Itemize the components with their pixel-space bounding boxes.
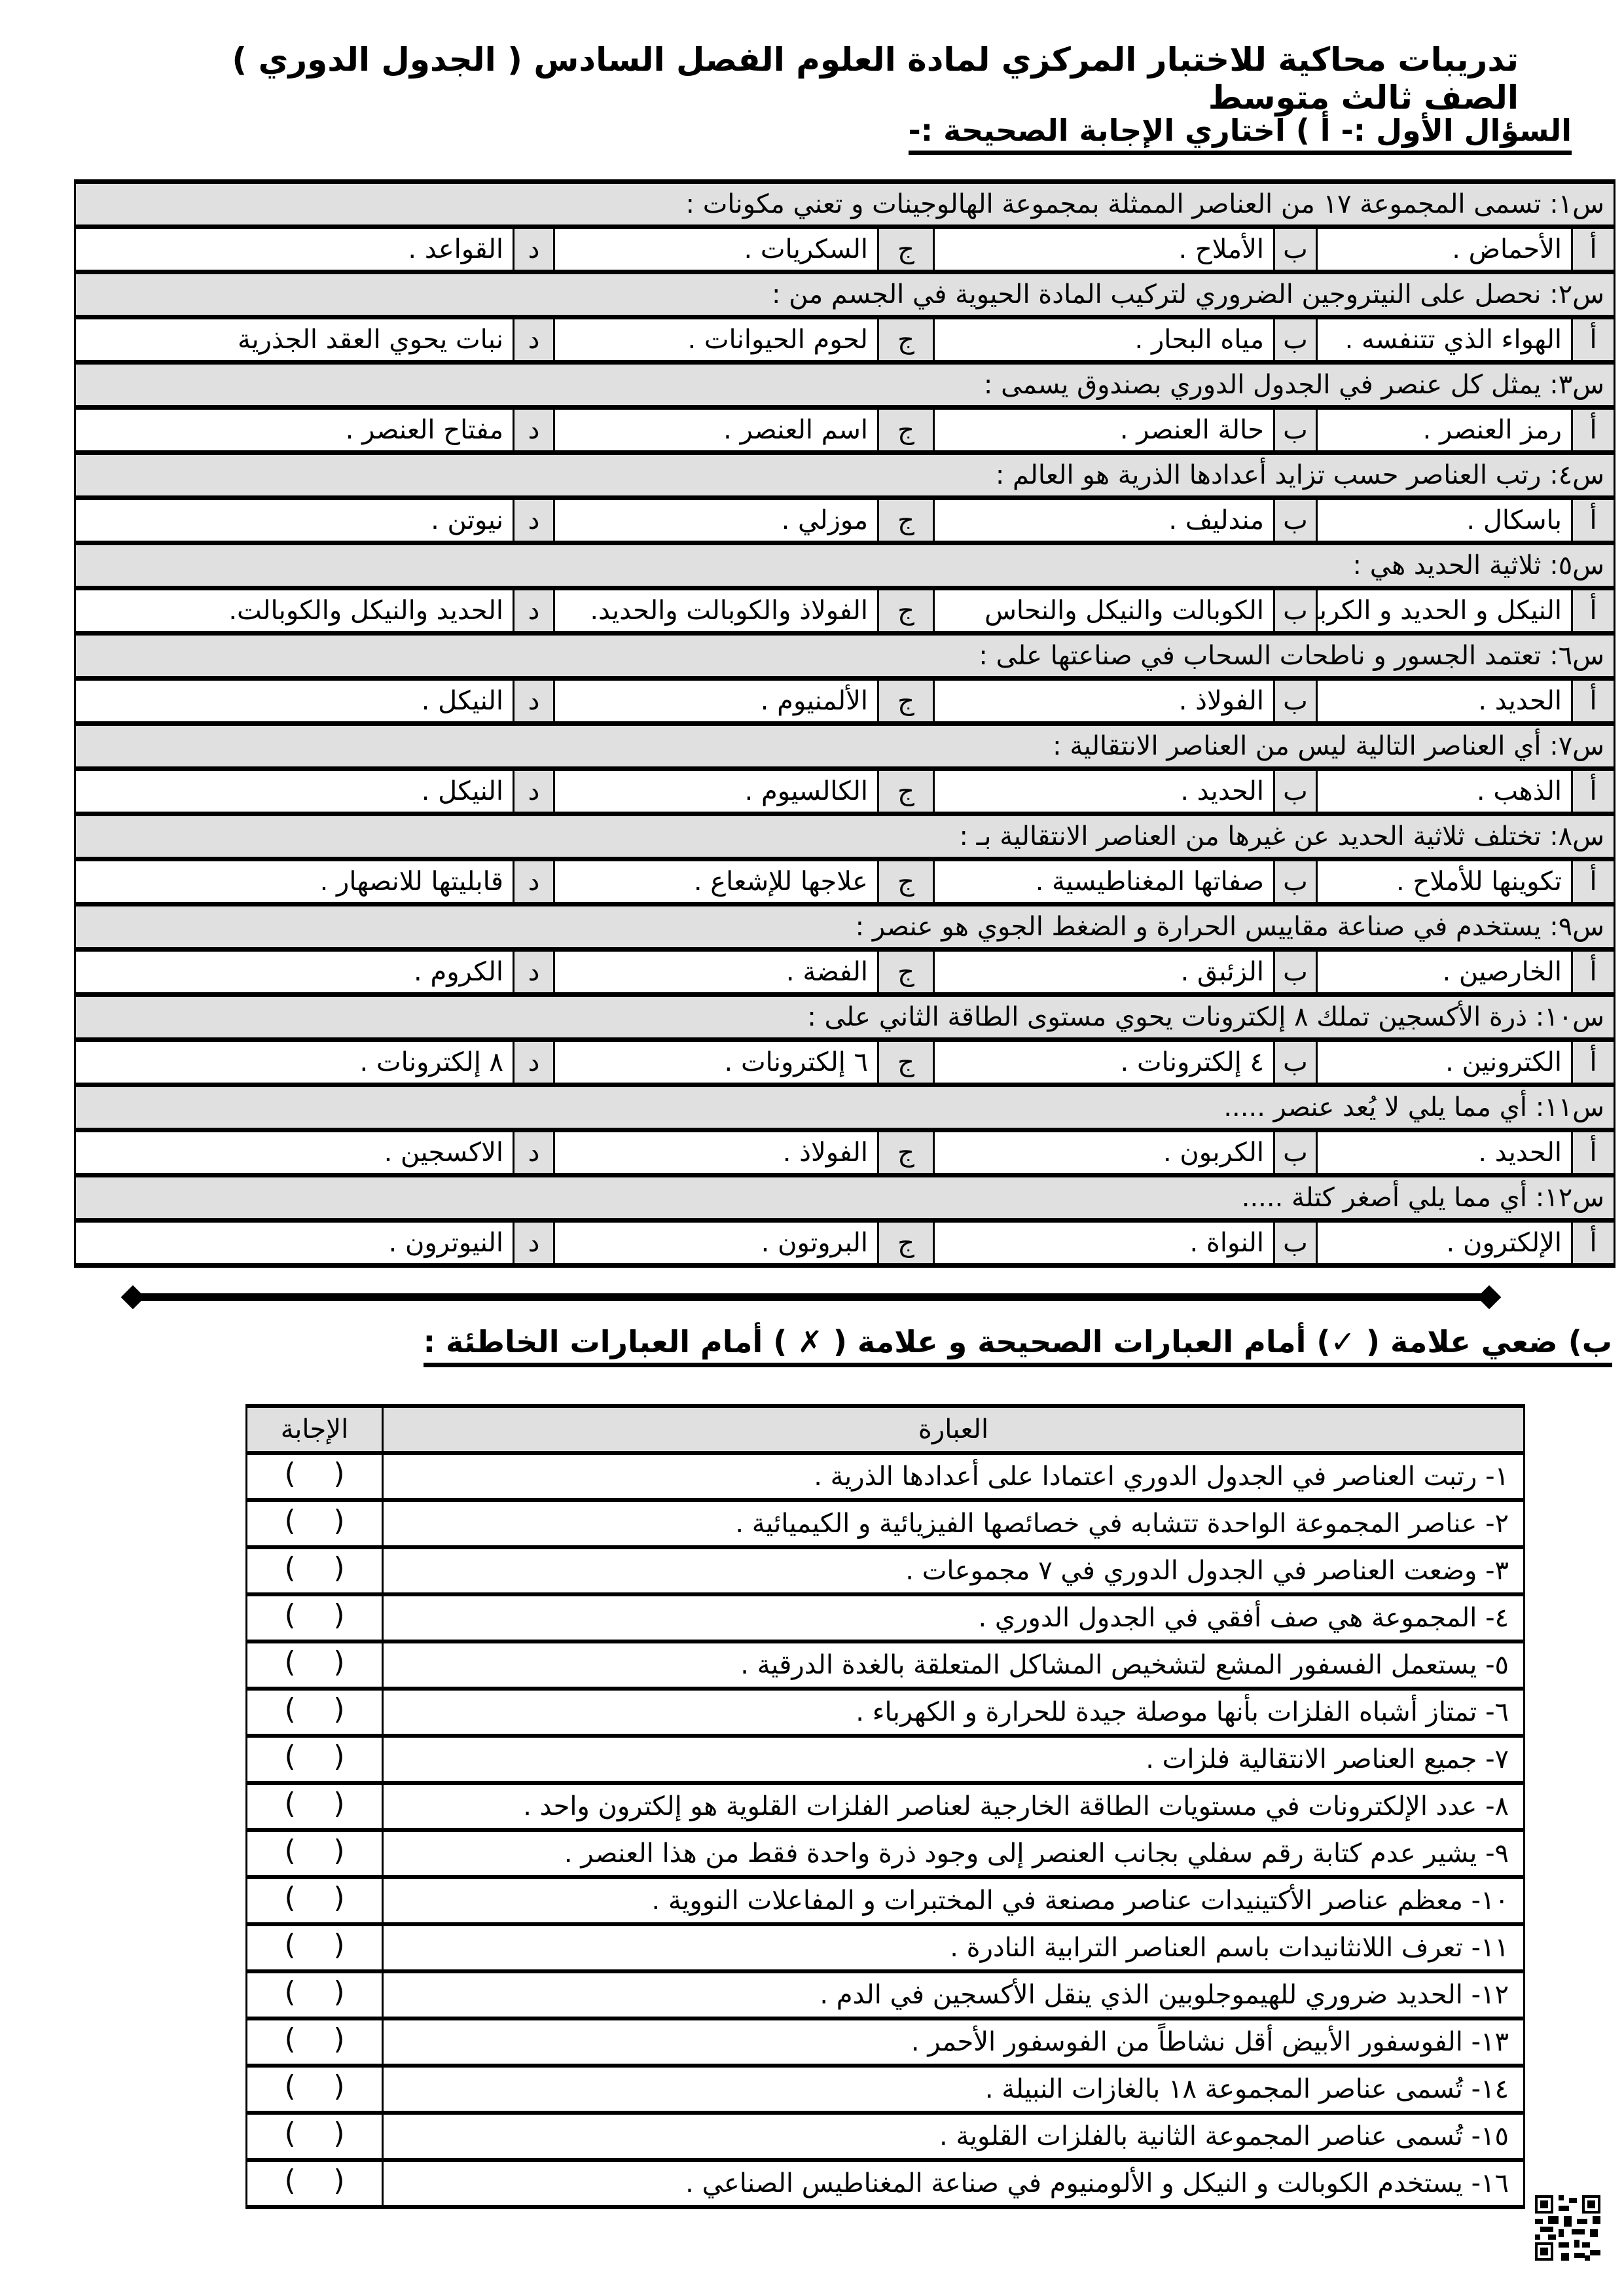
answer-parentheses: () — [276, 1693, 354, 1726]
option-letter-a: أ — [1572, 1130, 1615, 1175]
option-letter-b: ب — [1274, 1221, 1317, 1266]
option-letter-a: أ — [1572, 317, 1615, 363]
close-paren: ) — [333, 1928, 344, 1962]
option-b[interactable]: صفاتها المغناطيسية . — [934, 859, 1274, 905]
question-text: س٣: يمثل كل عنصر في الجدول الدوري بصندوق… — [75, 363, 1615, 408]
divider-right-diamond-icon — [1477, 1285, 1502, 1310]
open-paren: ( — [285, 1975, 296, 2009]
statement-row: ٥- يستعمل الفسفور المشع لتشخيص المشاكل ا… — [247, 1641, 1525, 1689]
option-b[interactable]: الكوبالت والنيكل والنحاس — [934, 588, 1274, 634]
answer-parentheses: () — [276, 1551, 354, 1585]
statement-row: ٦- تمتاز أشباه الفلزات بأنها موصلة جيدة … — [247, 1689, 1525, 1736]
page-title: تدريبات محاكية للاختبار المركزي لمادة ال… — [196, 41, 1519, 117]
option-c[interactable]: اسم العنصر . — [554, 408, 878, 453]
open-paren: ( — [285, 1834, 296, 1867]
open-paren: ( — [285, 1457, 296, 1490]
option-a[interactable]: تكوينها للأملاح . — [1317, 859, 1572, 905]
option-c[interactable]: علاجها للإشعاع . — [554, 859, 878, 905]
options-row: أالأحماض .بالأملاح .جالسكريات .دالقواعد … — [75, 227, 1615, 272]
question-row: س٣: يمثل كل عنصر في الجدول الدوري بصندوق… — [75, 363, 1615, 408]
option-letter-d: د — [514, 1130, 554, 1175]
option-letter-a: أ — [1572, 408, 1615, 453]
statement-text: ١- رتبت العناصر في الجدول الدوري اعتمادا… — [383, 1453, 1525, 1500]
question-row: س١٢: أي مما يلي أصغر كتلة ..... — [75, 1175, 1615, 1221]
option-d[interactable]: النيكل . — [75, 679, 514, 724]
option-letter-b: ب — [1274, 588, 1317, 634]
option-letter-c: ج — [878, 769, 934, 814]
statement-text: ٧- جميع العناصر الانتقالية فلزات . — [383, 1736, 1525, 1783]
question-row: س٧: أي العناصر التالية ليس من العناصر ال… — [75, 724, 1615, 769]
option-letter-c: ج — [878, 1040, 934, 1085]
statement-row: ١١- تعرف اللانثانيدات باسم العناصر الترا… — [247, 1924, 1525, 1971]
option-letter-b: ب — [1274, 317, 1317, 363]
option-letter-a: أ — [1572, 498, 1615, 543]
answer-parentheses: () — [276, 2117, 354, 2150]
options-row: أالذهب .بالحديد .جالكالسيوم .دالنيكل . — [75, 769, 1615, 814]
answer-field[interactable]: () — [247, 1877, 383, 1924]
option-c[interactable]: الفولاذ . — [554, 1130, 878, 1175]
option-letter-c: ج — [878, 1130, 934, 1175]
option-letter-d: د — [514, 859, 554, 905]
answer-field[interactable]: () — [247, 1924, 383, 1971]
statement-row: ٤- المجموعة هي صف أفقي في الجدول الدوري … — [247, 1594, 1525, 1641]
statement-text: ٤- المجموعة هي صف أفقي في الجدول الدوري … — [383, 1594, 1525, 1641]
option-letter-c: ج — [878, 588, 934, 634]
answer-parentheses: () — [276, 1598, 354, 1632]
option-letter-a: أ — [1572, 950, 1615, 995]
close-paren: ) — [333, 1693, 344, 1726]
statement-text: ١١- تعرف اللانثانيدات باسم العناصر الترا… — [383, 1924, 1525, 1971]
question-text: س٥: ثلاثية الحديد هي : — [75, 543, 1615, 588]
answer-field[interactable]: () — [247, 1641, 383, 1689]
option-b[interactable]: ٤ إلكترونات . — [934, 1040, 1274, 1085]
close-paren: ) — [333, 1975, 344, 2009]
answer-field[interactable]: () — [247, 1830, 383, 1877]
close-paren: ) — [333, 2117, 344, 2150]
question-row: س٨: تختلف ثلاثية الحديد عن غيرها من العن… — [75, 814, 1615, 859]
option-b[interactable]: الفولاذ . — [934, 679, 1274, 724]
question-row: س٩: يستخدم في صناعة مقاييس الحرارة و الض… — [75, 905, 1615, 950]
option-b[interactable]: الحديد . — [934, 769, 1274, 814]
answer-parentheses: () — [276, 1928, 354, 1962]
option-d[interactable]: النيكل . — [75, 769, 514, 814]
option-a[interactable]: الخارصين . — [1317, 950, 1572, 995]
section-a-heading: السؤال الأول :- أ ) اختاري الإجابة الصحي… — [909, 111, 1572, 155]
statement-row: ١٠- معظم عناصر الأكتينيدات عناصر مصنعة ف… — [247, 1877, 1525, 1924]
answer-parentheses: () — [276, 2070, 354, 2103]
open-paren: ( — [285, 1740, 296, 1773]
option-c[interactable]: البروتون . — [554, 1221, 878, 1266]
close-paren: ) — [333, 1787, 344, 1820]
options-row: أالحديد .بالكربون .جالفولاذ .دالاكسجين . — [75, 1130, 1615, 1175]
statement-row: ١٦- يستخدم الكوبالت و النيكل و الألومنيو… — [247, 2160, 1525, 2207]
option-letter-a: أ — [1572, 1040, 1615, 1085]
option-letter-d: د — [514, 317, 554, 363]
statement-text: ١٦- يستخدم الكوبالت و النيكل و الألومنيو… — [383, 2160, 1525, 2207]
options-row: أرمز العنصر .بحالة العنصر .جاسم العنصر .… — [75, 408, 1615, 453]
option-letter-d: د — [514, 1221, 554, 1266]
option-letter-b: ب — [1274, 227, 1317, 272]
option-d[interactable]: الحديد والنيكل والكوبالت. — [75, 588, 514, 634]
question-row: س١: تسمى المجموعة ١٧ من العناصر الممثلة … — [75, 182, 1615, 227]
option-d[interactable]: نبات يحوي العقد الجذرية — [75, 317, 514, 363]
answer-parentheses: () — [276, 1787, 354, 1820]
close-paren: ) — [333, 1457, 344, 1490]
question-text: س٦: تعتمد الجسور و ناطحات السحاب في صناع… — [75, 634, 1615, 679]
options-row: أالخارصين .بالزئبق .جالفضة .دالكروم . — [75, 950, 1615, 995]
answer-parentheses: () — [276, 1504, 354, 1537]
answer-field[interactable]: () — [247, 1500, 383, 1547]
answer-field[interactable]: () — [247, 2018, 383, 2066]
answer-parentheses: () — [276, 1645, 354, 1679]
statement-text: ١٤- تُسمى عناصر المجموعة ١٨ بالغازات الن… — [383, 2066, 1525, 2113]
open-paren: ( — [285, 2022, 296, 2056]
option-letter-d: د — [514, 588, 554, 634]
option-letter-c: ج — [878, 859, 934, 905]
option-letter-d: د — [514, 1040, 554, 1085]
option-a[interactable]: الأحماض . — [1317, 227, 1572, 272]
statement-text: ٩- يشير عدم كتابة رقم سفلي بجانب العنصر … — [383, 1830, 1525, 1877]
option-a[interactable]: الكترونين . — [1317, 1040, 1572, 1085]
statement-row: ٧- جميع العناصر الانتقالية فلزات .() — [247, 1736, 1525, 1783]
question-row: س٦: تعتمد الجسور و ناطحات السحاب في صناع… — [75, 634, 1615, 679]
statement-row: ١٢- الحديد ضروري للهيموجلوبين الذي ينقل … — [247, 1971, 1525, 2018]
option-b[interactable]: حالة العنصر . — [934, 408, 1274, 453]
statement-text: ٦- تمتاز أشباه الفلزات بأنها موصلة جيدة … — [383, 1689, 1525, 1736]
option-c[interactable]: الفولاذ والكوبالت والحديد. — [554, 588, 878, 634]
question-row: س٢: نحصل على النيتروجين الضروري لتركيب ا… — [75, 272, 1615, 317]
question-text: س٩: يستخدم في صناعة مقاييس الحرارة و الض… — [75, 905, 1615, 950]
option-letter-a: أ — [1572, 588, 1615, 634]
option-a[interactable]: الذهب . — [1317, 769, 1572, 814]
option-c[interactable]: السكريات . — [554, 227, 878, 272]
option-c[interactable]: ٦ إلكترونات . — [554, 1040, 878, 1085]
statement-row: ١٤- تُسمى عناصر المجموعة ١٨ بالغازات الن… — [247, 2066, 1525, 2113]
answer-field[interactable]: () — [247, 2066, 383, 2113]
answer-parentheses: () — [276, 2164, 354, 2197]
option-b[interactable]: الكربون . — [934, 1130, 1274, 1175]
question-text: س٤: رتب العناصر حسب تزايد أعدادها الذرية… — [75, 453, 1615, 498]
open-paren: ( — [285, 1693, 296, 1726]
answer-field[interactable]: () — [247, 2113, 383, 2160]
question-row: س١٠: ذرة الأكسجين تملك ٨ إلكترونات يحوي … — [75, 995, 1615, 1040]
option-letter-d: د — [514, 950, 554, 995]
statement-row: ١- رتبت العناصر في الجدول الدوري اعتمادا… — [247, 1453, 1525, 1500]
statement-text: ١٠- معظم عناصر الأكتينيدات عناصر مصنعة ف… — [383, 1877, 1525, 1924]
open-paren: ( — [285, 1551, 296, 1585]
options-row: أتكوينها للأملاح .بصفاتها المغناطيسية .ج… — [75, 859, 1615, 905]
statement-row: ٣- وضعت العناصر في الجدول الدوري في ٧ مج… — [247, 1547, 1525, 1594]
option-letter-b: ب — [1274, 679, 1317, 724]
option-d[interactable]: القواعد . — [75, 227, 514, 272]
close-paren: ) — [333, 1551, 344, 1585]
option-d[interactable]: النيوترون . — [75, 1221, 514, 1266]
option-letter-a: أ — [1572, 769, 1615, 814]
mcq-table: س١: تسمى المجموعة ١٧ من العناصر الممثلة … — [74, 179, 1615, 1268]
option-a[interactable]: الهواء الذي تتنفسه . — [1317, 317, 1572, 363]
answer-field[interactable]: () — [247, 1453, 383, 1500]
option-letter-c: ج — [878, 498, 934, 543]
option-b[interactable]: الأملاح . — [934, 227, 1274, 272]
open-paren: ( — [285, 1928, 296, 1962]
answer-parentheses: () — [276, 1975, 354, 2009]
options-row: أالهواء الذي تتنفسه .بمياه البحار .جلحوم… — [75, 317, 1615, 363]
option-a[interactable]: الإلكترون . — [1317, 1221, 1572, 1266]
option-letter-b: ب — [1274, 769, 1317, 814]
option-letter-c: ج — [878, 408, 934, 453]
option-letter-c: ج — [878, 679, 934, 724]
statement-row: ٢- عناصر المجموعة الواحدة تتشابه في خصائ… — [247, 1500, 1525, 1547]
question-text: س١١: أي مما يلي لا يُعد عنصر ..... — [75, 1085, 1615, 1130]
answer-field[interactable]: () — [247, 1783, 383, 1830]
statement-text: ٨- عدد الإلكترونات في مستويات الطاقة الخ… — [383, 1783, 1525, 1830]
close-paren: ) — [333, 2070, 344, 2103]
options-row: أالكترونين .ب٤ إلكترونات .ج٦ إلكترونات .… — [75, 1040, 1615, 1085]
question-text: س٢: نحصل على النيتروجين الضروري لتركيب ا… — [75, 272, 1615, 317]
qr-code-icon — [1535, 2195, 1600, 2261]
question-row: س٤: رتب العناصر حسب تزايد أعدادها الذرية… — [75, 453, 1615, 498]
option-letter-a: أ — [1572, 859, 1615, 905]
option-d[interactable]: قابليتها للانصهار . — [75, 859, 514, 905]
option-d[interactable]: نيوتن . — [75, 498, 514, 543]
answer-parentheses: () — [276, 2022, 354, 2056]
option-d[interactable]: الكروم . — [75, 950, 514, 995]
open-paren: ( — [285, 1881, 296, 1914]
close-paren: ) — [333, 1645, 344, 1679]
statement-text: ٥- يستعمل الفسفور المشع لتشخيص المشاكل ا… — [383, 1641, 1525, 1689]
table-header-row: العبارة الإجابة — [247, 1406, 1525, 1453]
answer-field[interactable]: () — [247, 1547, 383, 1594]
option-letter-c: ج — [878, 950, 934, 995]
option-letter-a: أ — [1572, 227, 1615, 272]
option-letter-b: ب — [1274, 950, 1317, 995]
true-false-table: العبارة الإجابة ١- رتبت العناصر في الجدو… — [245, 1404, 1525, 2209]
options-row: أالإلكترون .بالنواة .جالبروتون .دالنيوتر… — [75, 1221, 1615, 1266]
open-paren: ( — [285, 2070, 296, 2103]
question-text: س١٢: أي مما يلي أصغر كتلة ..... — [75, 1175, 1615, 1221]
option-c[interactable]: لحوم الحيوانات . — [554, 317, 878, 363]
open-paren: ( — [285, 1787, 296, 1820]
close-paren: ) — [333, 1881, 344, 1914]
option-b[interactable]: النواة . — [934, 1221, 1274, 1266]
answer-field[interactable]: () — [247, 1594, 383, 1641]
answer-parentheses: () — [276, 1834, 354, 1867]
option-letter-d: د — [514, 769, 554, 814]
option-b[interactable]: الزئبق . — [934, 950, 1274, 995]
answer-field[interactable]: () — [247, 1736, 383, 1783]
answer-field[interactable]: () — [247, 2160, 383, 2207]
option-a[interactable]: الحديد . — [1317, 679, 1572, 724]
statement-row: ١٣- الفوسفور الأبيض أقل نشاطاً من الفوسف… — [247, 2018, 1525, 2066]
question-row: س١١: أي مما يلي لا يُعد عنصر ..... — [75, 1085, 1615, 1130]
answer-column-header: الإجابة — [247, 1406, 383, 1453]
open-paren: ( — [285, 1645, 296, 1679]
option-letter-b: ب — [1274, 408, 1317, 453]
option-a[interactable]: باسكال . — [1317, 498, 1572, 543]
option-letter-b: ب — [1274, 859, 1317, 905]
option-letter-a: أ — [1572, 1221, 1615, 1266]
option-b[interactable]: مياه البحار . — [934, 317, 1274, 363]
option-a[interactable]: الحديد . — [1317, 1130, 1572, 1175]
close-paren: ) — [333, 2022, 344, 2056]
question-text: س١٠: ذرة الأكسجين تملك ٨ إلكترونات يحوي … — [75, 995, 1615, 1040]
option-c[interactable]: الألمنيوم . — [554, 679, 878, 724]
options-row: أباسكال .بمندليف .جموزلي .دنيوتن . — [75, 498, 1615, 543]
answer-field[interactable]: () — [247, 1689, 383, 1736]
statement-row: ١٥- تُسمى عناصر المجموعة الثانية بالفلزا… — [247, 2113, 1525, 2160]
option-letter-c: ج — [878, 1221, 934, 1266]
option-a[interactable]: رمز العنصر . — [1317, 408, 1572, 453]
option-letter-d: د — [514, 679, 554, 724]
option-letter-a: أ — [1572, 679, 1615, 724]
close-paren: ) — [333, 1598, 344, 1632]
close-paren: ) — [333, 1504, 344, 1537]
close-paren: ) — [333, 1740, 344, 1773]
statement-row: ٩- يشير عدم كتابة رقم سفلي بجانب العنصر … — [247, 1830, 1525, 1877]
option-letter-c: ج — [878, 317, 934, 363]
options-row: أالحديد .بالفولاذ .جالألمنيوم .دالنيكل . — [75, 679, 1615, 724]
option-letter-d: د — [514, 498, 554, 543]
question-row: س٥: ثلاثية الحديد هي : — [75, 543, 1615, 588]
option-letter-d: د — [514, 227, 554, 272]
statement-text: ١٣- الفوسفور الأبيض أقل نشاطاً من الفوسف… — [383, 2018, 1525, 2066]
options-row: أالنيكل و الحديد و الكربون .بالكوبالت وا… — [75, 588, 1615, 634]
option-c[interactable]: الفضة . — [554, 950, 878, 995]
option-c[interactable]: الكالسيوم . — [554, 769, 878, 814]
option-letter-d: د — [514, 408, 554, 453]
answer-parentheses: () — [276, 1740, 354, 1773]
statement-text: ٣- وضعت العناصر في الجدول الدوري في ٧ مج… — [383, 1547, 1525, 1594]
open-paren: ( — [285, 1504, 296, 1537]
statement-text: ١٥- تُسمى عناصر المجموعة الثانية بالفلزا… — [383, 2113, 1525, 2160]
open-paren: ( — [285, 2164, 296, 2197]
answer-field[interactable]: () — [247, 1971, 383, 2018]
question-text: س١: تسمى المجموعة ١٧ من العناصر الممثلة … — [75, 182, 1615, 227]
answer-parentheses: () — [276, 1457, 354, 1490]
statement-row: ٨- عدد الإلكترونات في مستويات الطاقة الخ… — [247, 1783, 1525, 1830]
open-paren: ( — [285, 1598, 296, 1632]
statement-text: ٢- عناصر المجموعة الواحدة تتشابه في خصائ… — [383, 1500, 1525, 1547]
close-paren: ) — [333, 1834, 344, 1867]
option-letter-b: ب — [1274, 1130, 1317, 1175]
close-paren: ) — [333, 2164, 344, 2197]
answer-parentheses: () — [276, 1881, 354, 1914]
option-b[interactable]: مندليف . — [934, 498, 1274, 543]
option-letter-b: ب — [1274, 1040, 1317, 1085]
question-text: س٨: تختلف ثلاثية الحديد عن غيرها من العن… — [75, 814, 1615, 859]
question-text: س٧: أي العناصر التالية ليس من العناصر ال… — [75, 724, 1615, 769]
open-paren: ( — [285, 2117, 296, 2150]
option-a[interactable]: النيكل و الحديد و الكربون . — [1317, 588, 1572, 634]
option-d[interactable]: الاكسجين . — [75, 1130, 514, 1175]
option-d[interactable]: ٨ إلكترونات . — [75, 1040, 514, 1085]
option-d[interactable]: مفتاح العنصر . — [75, 408, 514, 453]
section-divider — [130, 1293, 1490, 1301]
section-b-heading: ب) ضعي علامة ( ✓) أمام العبارات الصحيحة … — [424, 1322, 1612, 1367]
statement-column-header: العبارة — [383, 1406, 1525, 1453]
option-letter-b: ب — [1274, 498, 1317, 543]
statement-text: ١٢- الحديد ضروري للهيموجلوبين الذي ينقل … — [383, 1971, 1525, 2018]
option-c[interactable]: موزلي . — [554, 498, 878, 543]
option-letter-c: ج — [878, 227, 934, 272]
